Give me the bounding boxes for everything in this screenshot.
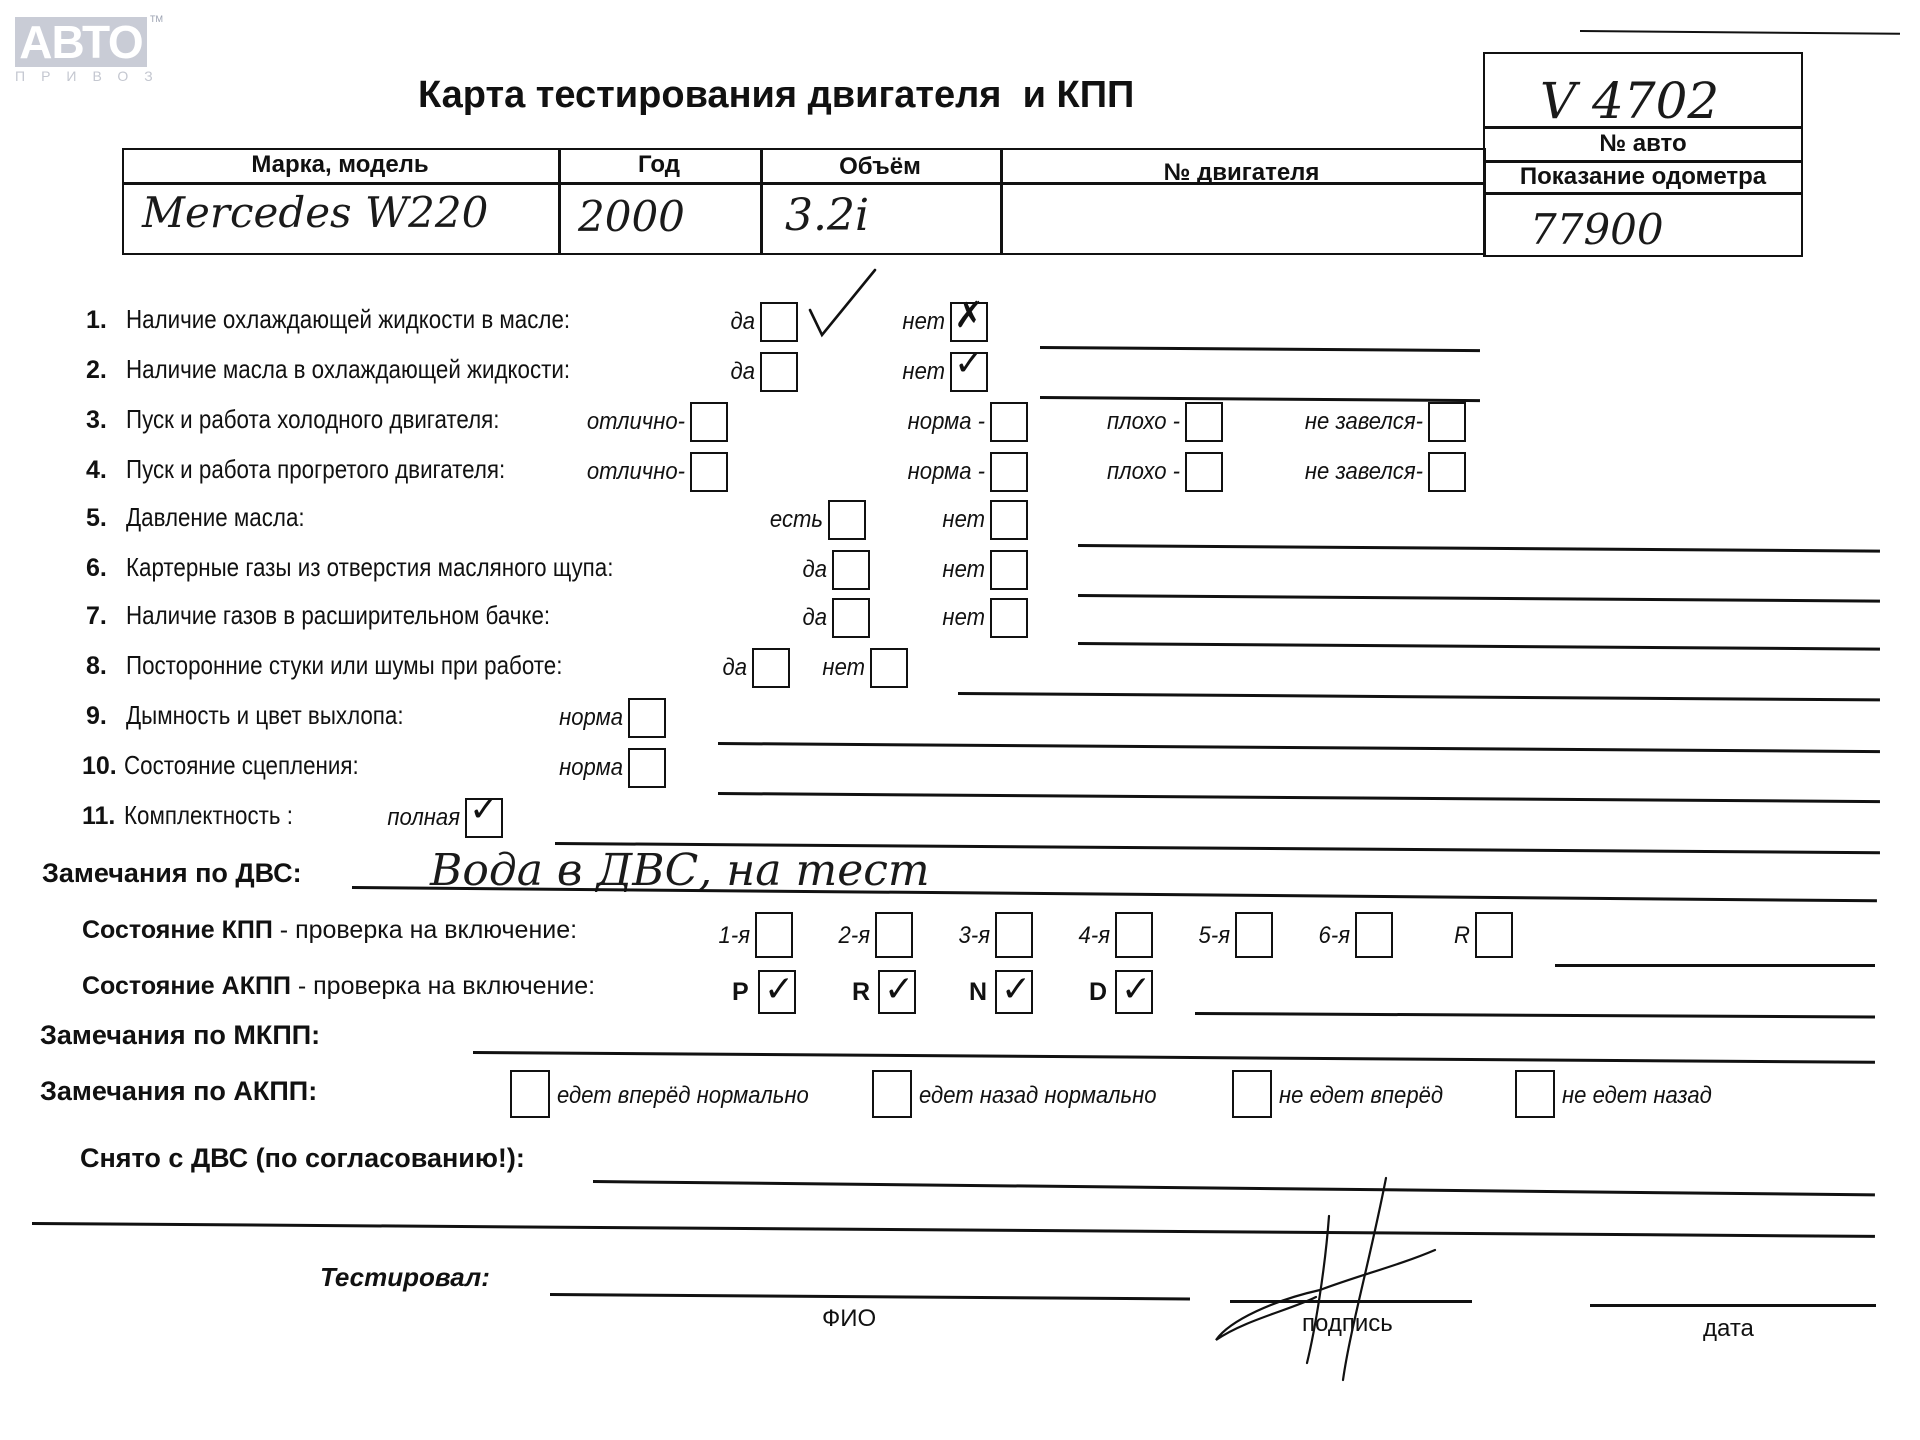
checklist-item-number: 5. bbox=[86, 504, 107, 533]
engine-remarks-label: Замечания по ДВС: bbox=[42, 858, 302, 889]
checklist-item-text: Наличие масла в охлаждающей жидкости: bbox=[126, 354, 570, 385]
checklist-item-number: 7. bbox=[86, 602, 107, 631]
removed-label: Снято с ДВС (по согласованию!): bbox=[80, 1143, 525, 1174]
checklist-option-label: не завелся- bbox=[1280, 458, 1423, 486]
checklist-option-label: норма bbox=[480, 704, 623, 732]
manual-gearbox-label: Состояние КПП - проверка на включение: bbox=[82, 916, 577, 945]
auto-remark-label: едет вперёд нормально bbox=[557, 1082, 809, 1110]
checklist-item-number: 2. bbox=[86, 356, 107, 385]
auto-gearbox-label: Состояние АКПП - проверка на включение: bbox=[82, 972, 595, 1001]
auto-remark-label: едет назад нормально bbox=[919, 1082, 1157, 1110]
checklist-option-label: норма - bbox=[842, 458, 985, 486]
auto-position-label: N bbox=[969, 978, 987, 1007]
checklist-option-label: нет bbox=[842, 556, 985, 584]
checklist-option-label: не завелся- bbox=[1280, 408, 1423, 436]
checklist-item-number: 3. bbox=[86, 406, 107, 435]
checklist-option-label: отлично- bbox=[542, 408, 685, 436]
auto-gearbox-line bbox=[1195, 1012, 1875, 1018]
tester-date-caption: дата bbox=[1703, 1315, 1754, 1343]
checklist-checkbox[interactable] bbox=[990, 550, 1028, 590]
checklist-checkbox[interactable] bbox=[990, 402, 1028, 442]
auto-gearbox-label-bold: Состояние АКПП bbox=[82, 972, 291, 1000]
checklist-item-text: Пуск и работа холодного двигателя: bbox=[126, 404, 499, 435]
logo-brand: АВТО bbox=[15, 14, 147, 70]
check-mark-icon: ✓ bbox=[884, 972, 914, 1008]
checklist-item-text: Комплектность : bbox=[124, 800, 293, 831]
divider bbox=[1483, 192, 1803, 195]
gear-checkbox[interactable] bbox=[1475, 912, 1513, 958]
checklist-checkbox[interactable] bbox=[1428, 452, 1466, 492]
checklist-checkbox[interactable] bbox=[628, 698, 666, 738]
volume-header: Объём bbox=[760, 153, 1000, 181]
top-rule bbox=[1580, 30, 1900, 35]
gear-label: 5-я bbox=[1152, 922, 1230, 950]
checklist-option-label: да bbox=[612, 358, 755, 386]
checklist-checkbox[interactable] bbox=[690, 402, 728, 442]
checklist-checkbox[interactable] bbox=[760, 302, 798, 342]
logo-subtitle: ПРИВОЗ bbox=[15, 68, 147, 84]
check-mark-icon: ✓ bbox=[1001, 972, 1031, 1008]
checklist-item-text: Давление масла: bbox=[126, 502, 305, 533]
checklist-notes-line[interactable] bbox=[958, 692, 1880, 701]
check-mark-icon: ✓ bbox=[469, 792, 499, 828]
gear-label: 6-я bbox=[1272, 922, 1350, 950]
checklist-checkbox[interactable] bbox=[990, 452, 1028, 492]
checklist-notes-line[interactable] bbox=[1040, 346, 1480, 352]
checklist-checkbox[interactable] bbox=[1185, 452, 1223, 492]
checklist-option-label: отлично- bbox=[542, 458, 685, 486]
checklist-option-label: полная bbox=[317, 804, 460, 832]
checklist-item-text: Дымность и цвет выхлопа: bbox=[126, 700, 404, 731]
checklist-item-number: 6. bbox=[86, 554, 107, 583]
tester-signature-line[interactable] bbox=[1230, 1300, 1472, 1303]
checklist-item-number: 1. bbox=[86, 306, 107, 335]
auto-position-label: D bbox=[1089, 978, 1107, 1007]
auto-remark-label: не едет вперёд bbox=[1279, 1082, 1443, 1110]
manual-gearbox-line bbox=[1555, 964, 1875, 967]
checklist-notes-line[interactable] bbox=[1078, 544, 1880, 552]
volume-value[interactable]: 3.2i bbox=[785, 190, 869, 241]
gear-label: 2-я bbox=[792, 922, 870, 950]
gear-checkbox[interactable] bbox=[1115, 912, 1153, 958]
auto-position-label: P bbox=[732, 978, 749, 1007]
checklist-checkbox[interactable] bbox=[990, 598, 1028, 638]
checklist-option-label: норма bbox=[480, 754, 623, 782]
checklist-item-number: 11. bbox=[82, 802, 115, 831]
auto-remarks-label: Замечания по АКПП: bbox=[40, 1076, 317, 1107]
gear-checkbox[interactable] bbox=[875, 912, 913, 958]
manual-remarks-line[interactable] bbox=[473, 1051, 1875, 1063]
checklist-option-label: нет bbox=[842, 506, 985, 534]
checklist-item-text: Наличие газов в расширительном бачке: bbox=[126, 600, 550, 631]
gear-label: 1-я bbox=[672, 922, 750, 950]
check-mark-icon: ✓ bbox=[954, 346, 984, 382]
auto-remark-checkbox[interactable] bbox=[510, 1070, 550, 1118]
auto-remark-checkbox[interactable] bbox=[1515, 1070, 1555, 1118]
engine-number-header: № двигателя bbox=[1000, 159, 1483, 187]
checklist-notes-line[interactable] bbox=[1078, 594, 1880, 602]
auto-position-label: R bbox=[852, 978, 870, 1007]
checklist-option-label: нет bbox=[802, 308, 945, 336]
checklist-item-number: 10. bbox=[82, 752, 117, 781]
gear-checkbox[interactable] bbox=[1355, 912, 1393, 958]
checklist-checkbox[interactable] bbox=[628, 748, 666, 788]
checklist-notes-line[interactable] bbox=[1078, 642, 1880, 650]
checklist-option-label: нет bbox=[722, 654, 865, 682]
manual-remarks-label: Замечания по МКПП: bbox=[40, 1020, 320, 1051]
tester-label: Тестировал: bbox=[320, 1262, 490, 1293]
auto-gearbox-label-rest: - проверка на включение: bbox=[291, 972, 595, 1000]
year-value[interactable]: 2000 bbox=[578, 192, 685, 241]
tester-date-line[interactable] bbox=[1590, 1304, 1876, 1307]
checklist-item-number: 4. bbox=[86, 456, 107, 485]
checklist-option-label: есть bbox=[680, 506, 823, 534]
checklist-item-text: Пуск и работа прогретого двигателя: bbox=[126, 454, 505, 485]
checklist-item-text: Состояние сцепления: bbox=[124, 750, 359, 781]
manual-gearbox-label-rest: - проверка на включение: bbox=[273, 916, 577, 944]
checklist-item-text: Картерные газы из отверстия масляного щу… bbox=[126, 552, 613, 583]
gear-checkbox[interactable] bbox=[1235, 912, 1273, 958]
checklist-item-text: Посторонние стуки или шумы при работе: bbox=[126, 650, 562, 681]
check-mark-icon: ✓ bbox=[764, 972, 794, 1008]
gear-checkbox[interactable] bbox=[755, 912, 793, 958]
checklist-item-text: Наличие охлаждающей жидкости в масле: bbox=[126, 304, 570, 335]
gear-checkbox[interactable] bbox=[995, 912, 1033, 958]
checklist-checkbox[interactable] bbox=[690, 452, 728, 492]
checklist-item-number: 9. bbox=[86, 702, 107, 731]
car-number-value[interactable]: V 4702 bbox=[1540, 72, 1719, 130]
extra-line bbox=[32, 1222, 1875, 1237]
checklist-option-label: нет bbox=[802, 358, 945, 386]
odometer-value[interactable]: 77900 bbox=[1530, 205, 1664, 254]
auto-remark-checkbox[interactable] bbox=[872, 1070, 912, 1118]
manual-gearbox-label-bold: Состояние КПП bbox=[82, 916, 273, 944]
checklist-option-label: плохо - bbox=[1037, 458, 1180, 486]
checklist-option-label: нет bbox=[842, 604, 985, 632]
check-mark-icon: ✓ bbox=[1121, 972, 1151, 1008]
checklist-option-label: да bbox=[684, 556, 827, 584]
checklist-notes-line[interactable] bbox=[1040, 396, 1480, 402]
checklist-notes-line[interactable] bbox=[718, 792, 1880, 803]
checklist-checkbox[interactable] bbox=[990, 500, 1028, 540]
checklist-option-label: да bbox=[684, 604, 827, 632]
auto-remark-label: не едет назад bbox=[1562, 1082, 1712, 1110]
auto-remark-checkbox[interactable] bbox=[1232, 1070, 1272, 1118]
make-model-header: Марка, модель bbox=[122, 151, 558, 179]
page-title: Карта тестирования двигателя и КПП bbox=[418, 74, 1134, 117]
checklist-option-label: да bbox=[612, 308, 755, 336]
gear-label: 4-я bbox=[1032, 922, 1110, 950]
make-model-value[interactable]: Mercedes W220 bbox=[142, 188, 488, 237]
checklist-option-label: плохо - bbox=[1037, 408, 1180, 436]
checklist-checkbox[interactable] bbox=[1428, 402, 1466, 442]
odometer-header: Показание одометра bbox=[1483, 163, 1803, 191]
car-number-header: № авто bbox=[1483, 130, 1803, 158]
checklist-option-label: норма - bbox=[842, 408, 985, 436]
checklist-checkbox[interactable] bbox=[1185, 402, 1223, 442]
year-header: Год bbox=[558, 151, 760, 179]
tester-name-caption: ФИО bbox=[822, 1305, 876, 1333]
tester-name-line[interactable] bbox=[550, 1293, 1190, 1300]
checklist-checkbox[interactable] bbox=[870, 648, 908, 688]
tester-signature-caption: подпись bbox=[1302, 1310, 1393, 1338]
gear-label: 3-я bbox=[912, 922, 990, 950]
checklist-item-number: 8. bbox=[86, 652, 107, 681]
checklist-checkbox[interactable] bbox=[760, 352, 798, 392]
gear-label: R bbox=[1392, 922, 1470, 950]
scribble-icon: ✗ bbox=[954, 298, 984, 334]
logo-trademark: TM bbox=[150, 14, 163, 24]
removed-line[interactable] bbox=[593, 1180, 1875, 1196]
checklist-notes-line[interactable] bbox=[718, 742, 1880, 753]
